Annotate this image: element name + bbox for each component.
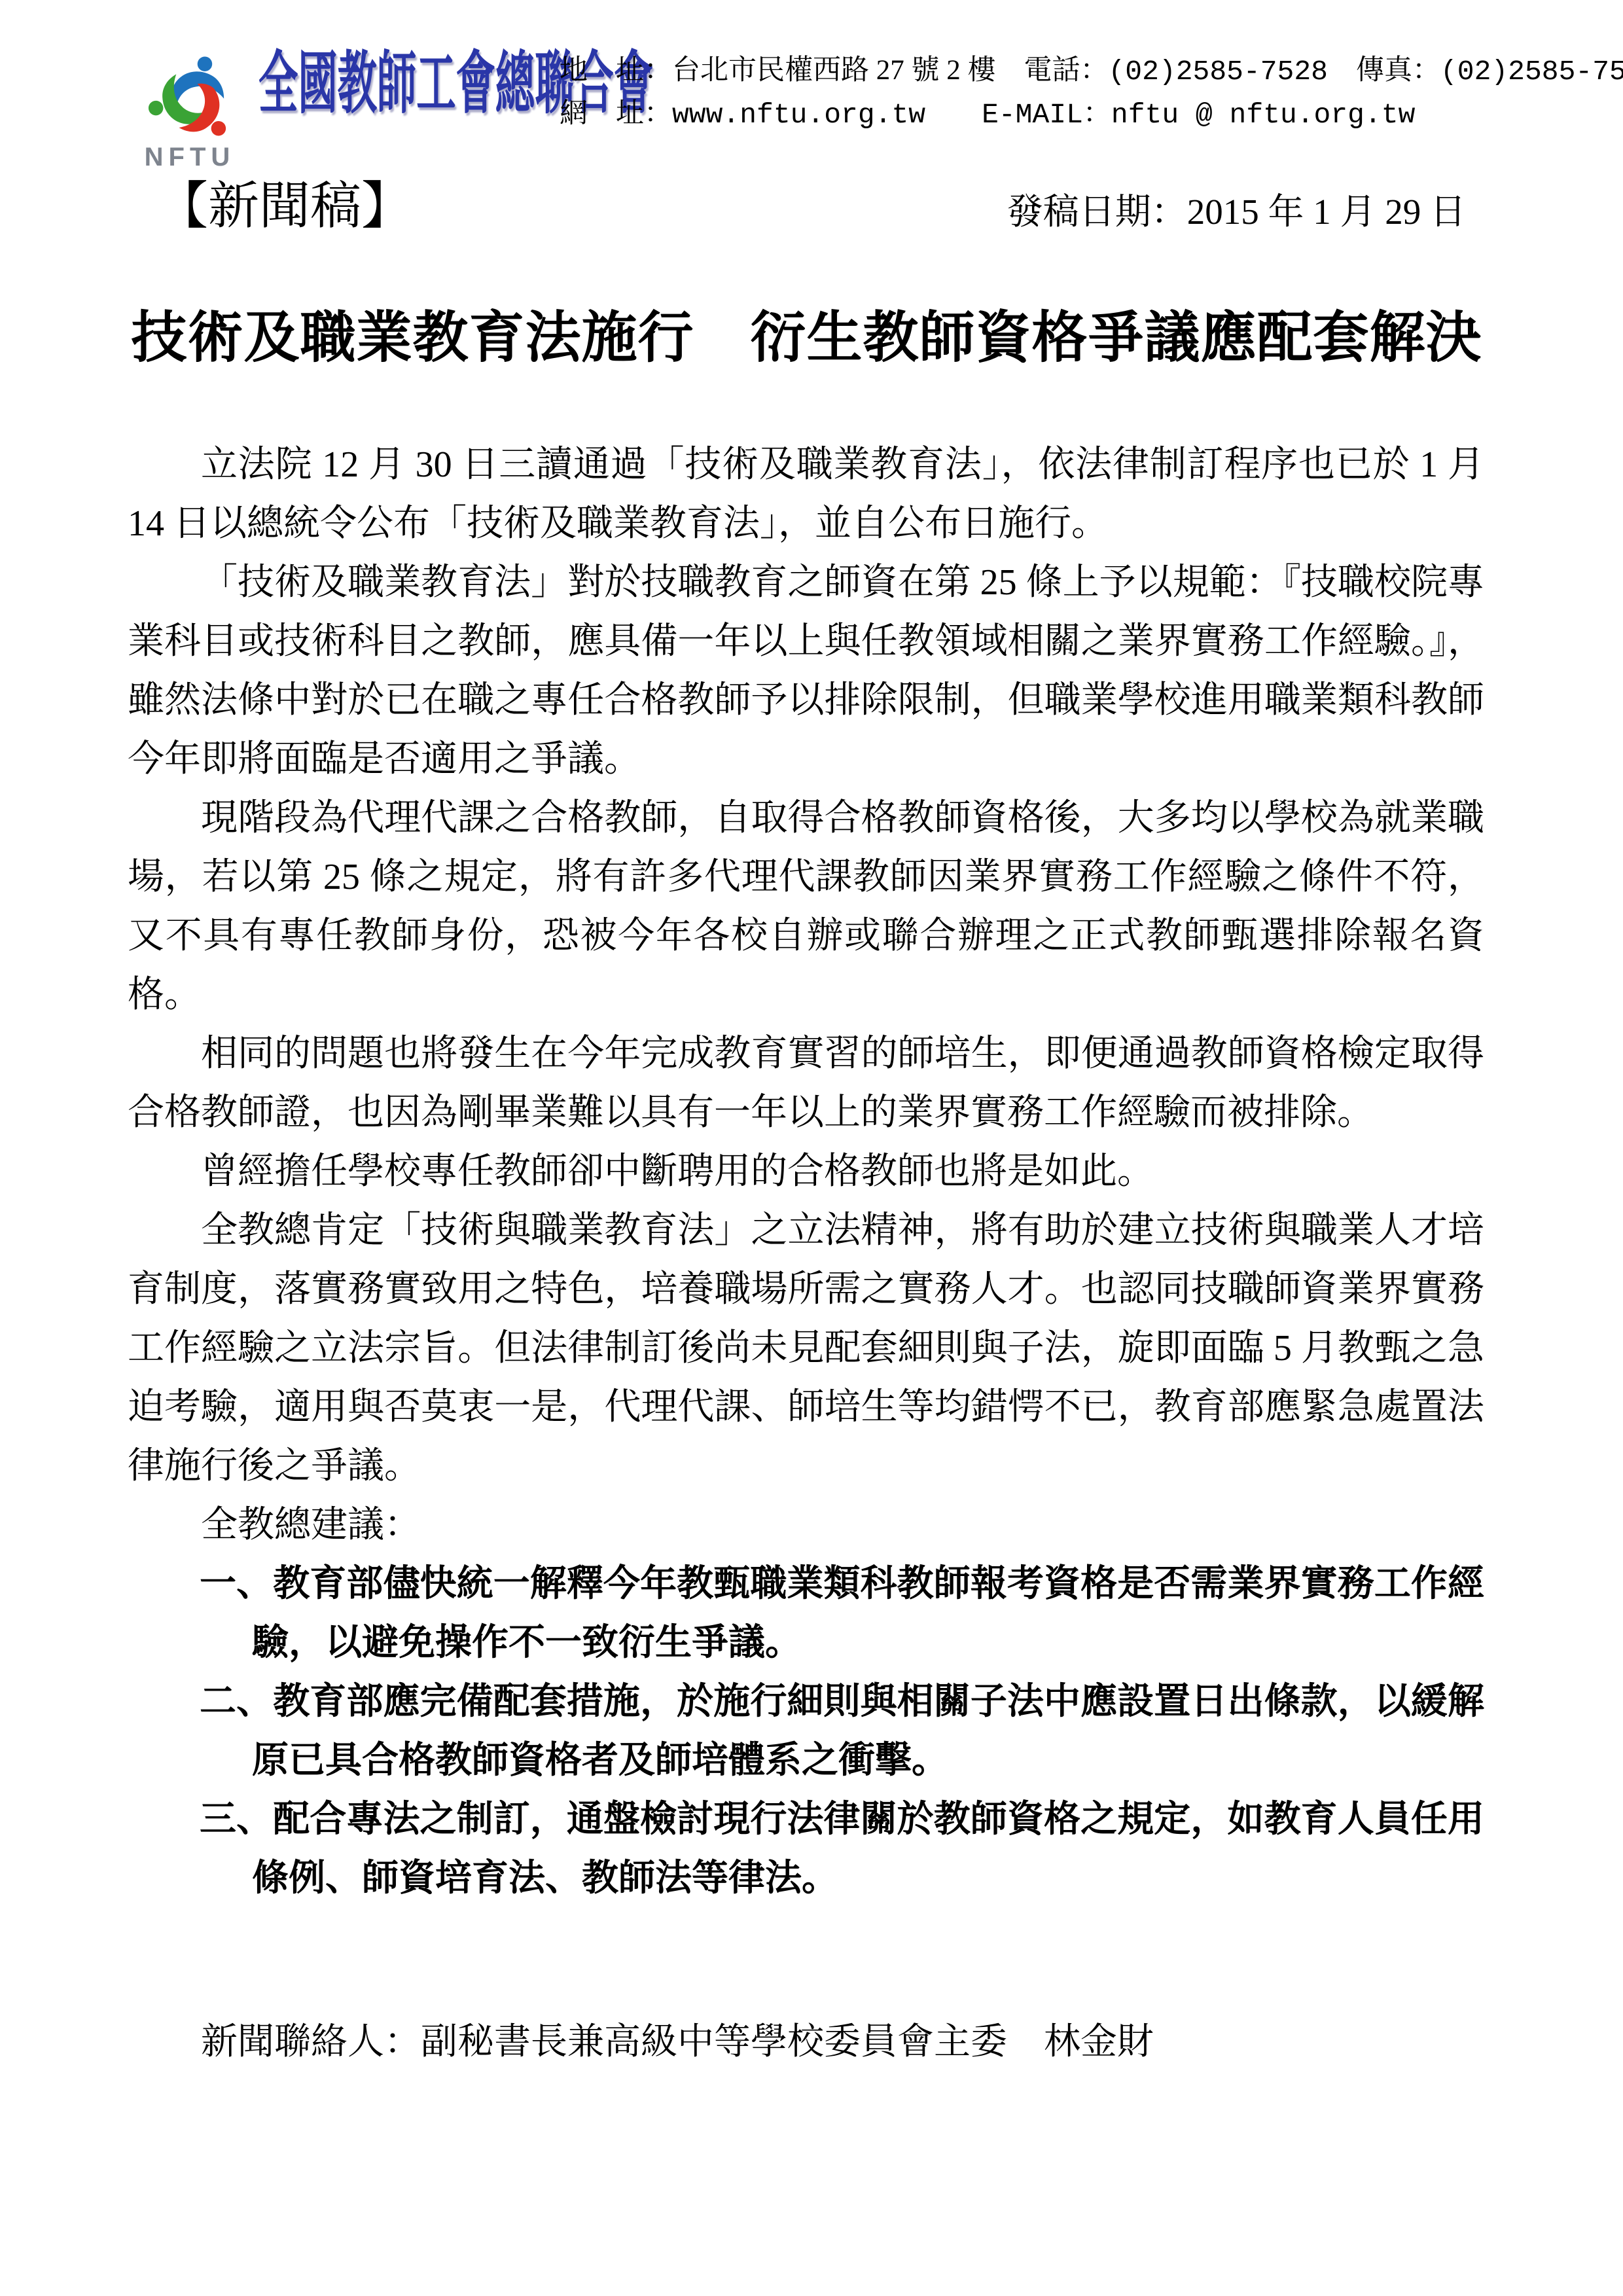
body-paragraph: 現階段為代理代課之合格教師，自取得合格教師資格後，大多均以學校為就業職場，若以第…	[128, 789, 1484, 1024]
body-paragraph: 相同的問題也將發生在今年完成教育實習的師培生，即便通過教師資格檢定取得合格教師證…	[128, 1024, 1484, 1142]
nftu-logo-icon	[131, 51, 255, 149]
header: NFTU 全國教師工會總聯合會 地 址：台北市民權西路 27 號 2 樓 電話：…	[128, 33, 1486, 177]
recommendation-text: 教育部儘快統一解釋今年教甄職業類科教師報考資格是否需業界實務工作經驗，以避免操作…	[252, 1564, 1484, 1663]
contact-info: 地 址：台北市民權西路 27 號 2 樓 電話：(02)2585-7528 傳真…	[560, 50, 1623, 136]
document-body: 立法院 12 月 30 日三讀通過「技術及職業教育法」，依法律制訂程序也已於 1…	[128, 435, 1484, 2072]
issue-date: 發稿日期：2015 年 1 月 29 日	[1007, 192, 1466, 232]
address-label: 地 址：	[560, 55, 672, 86]
phone-label: 電話：	[996, 55, 1109, 86]
email-value: nftu @ nftu.org.tw	[1111, 99, 1415, 131]
recommendation-number: 二、	[200, 1681, 273, 1722]
fax-value: (02)2585-7559	[1440, 56, 1623, 88]
recommendation-item: 三、配合專法之制訂，通盤檢討現行法律關於教師資格之規定，如教育人員任用條例、師資…	[128, 1790, 1484, 1908]
recommendation-text: 教育部應完備配套措施，於施行細則與相關子法中應設置日出條款，以緩解原已具合格教師…	[252, 1681, 1484, 1781]
web-value: www.nftu.org.tw	[672, 99, 925, 131]
recommendation-number: 三、	[200, 1799, 273, 1840]
body-paragraph: 立法院 12 月 30 日三讀通過「技術及職業教育法」，依法律制訂程序也已於 1…	[128, 435, 1484, 553]
recommendation-text: 配合專法之制訂，通盤檢討現行法律關於教師資格之規定，如教育人員任用條例、師資培育…	[252, 1799, 1484, 1899]
web-label: 網 址：	[560, 98, 672, 129]
body-paragraph: 全教總肯定「技術與職業教育法」之立法精神，將有助於建立技術與職業人才培育制度，落…	[128, 1201, 1484, 1496]
document-title: 技術及職業教育法施行 衍生教師資格爭議應配套解決	[128, 293, 1486, 373]
doc-type-label: 【新聞稿】	[157, 175, 412, 237]
meta-row: 【新聞稿】 發稿日期：2015 年 1 月 29 日	[128, 175, 1486, 247]
suggestion-lead: 全教總建議：	[128, 1496, 1484, 1554]
recommendation-item: 二、教育部應完備配套措施，於施行細則與相關子法中應設置日出條款，以緩解原已具合格…	[128, 1672, 1484, 1790]
email-label: E-MAIL：	[925, 99, 1111, 131]
phone-value: (02)2585-7528	[1109, 56, 1328, 88]
press-contact-line: 新聞聯絡人：副秘書長兼高級中等學校委員會主委 林金財	[128, 2013, 1484, 2072]
web-line: 網 址：www.nftu.org.tw E-MAIL：nftu @ nftu.o…	[560, 93, 1623, 136]
address-line: 地 址：台北市民權西路 27 號 2 樓 電話：(02)2585-7528 傳真…	[560, 50, 1623, 93]
body-paragraph: 曾經擔任學校專任教師卻中斷聘用的合格教師也將是如此。	[128, 1142, 1484, 1201]
recommendation-item: 一、教育部儘快統一解釋今年教甄職業類科教師報考資格是否需業界實務工作經驗，以避免…	[128, 1554, 1484, 1672]
press-release-page: NFTU 全國教師工會總聯合會 地 址：台北市民權西路 27 號 2 樓 電話：…	[0, 0, 1623, 2296]
logo-caption: NFTU	[128, 143, 252, 172]
address-value: 台北市民權西路 27 號 2 樓	[672, 55, 996, 86]
fax-label: 傳真：	[1328, 55, 1440, 86]
recommendation-number: 一、	[200, 1564, 273, 1604]
body-paragraph: 「技術及職業教育法」對於技職教育之師資在第 25 條上予以規範：『技職校院專業科…	[128, 553, 1484, 789]
